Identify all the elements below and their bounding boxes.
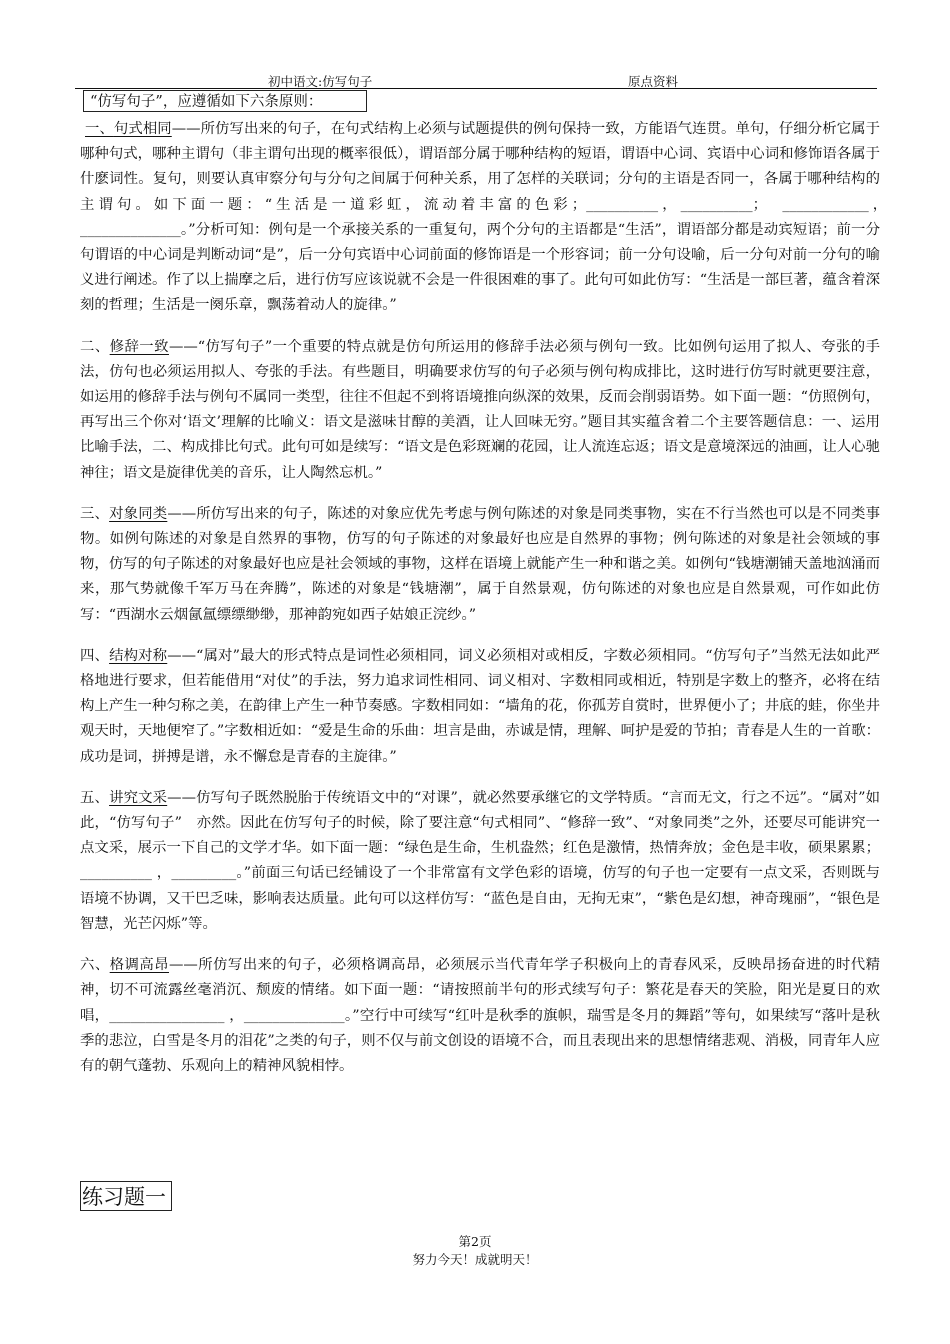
principle-paragraph-6: 六、格调高昂——所仿写出来的句子，必须格调高昂，必须展示当代青年学子积极向上的青… — [80, 953, 880, 1079]
exercise-heading-box: 练习题一 — [80, 1181, 172, 1211]
principle-text-6: ——所仿写出来的句子，必须格调高昂，必须展示当代青年学子积极向上的青春风采，反映… — [80, 957, 880, 1074]
intro-heading-box: “仿写句子”，应遵循如下六条原则： — [83, 90, 367, 112]
header-divider — [75, 88, 877, 89]
page-footer: 第2页 努力今天！成就明天！ — [0, 1233, 950, 1269]
principle-heading-4: 结构对称 — [109, 648, 167, 664]
principle-text-1: ——所仿写出来的句子，在句式结构上必须与试题提供的例句保持一致，方能语气连贯。单… — [80, 121, 894, 313]
principle-text-2: ——“仿写句子”一个重要的特点就是仿句所运用的修辞手法必须与例句一致。比如例句运… — [80, 339, 880, 481]
principle-heading-6: 格调高昂 — [110, 957, 169, 973]
footer-motto: 努力今天！成就明天！ — [0, 1251, 950, 1269]
principle-text-5: ——仿写句子既然脱胎于传统语文中的“对课”，就必然要承继它的文学特质。“言而无文… — [80, 790, 880, 932]
page-header: 初中语文:仿写句子 原点资料 — [75, 72, 877, 88]
principle-paragraph-4: 四、结构对称——“属对”最大的形式特点是词性必须相同，词义必须相对或相反，字数必… — [80, 644, 880, 770]
principle-paragraph-3: 三、对象同类——所仿写出来的句子，陈述的对象应优先考虑与例句陈述的对象是同类事物… — [80, 502, 880, 628]
principle-paragraph-1: 一、句式相同——所仿写出来的句子，在句式结构上必须与试题提供的例句保持一致，方能… — [80, 117, 880, 319]
document-body: 一、句式相同——所仿写出来的句子，在句式结构上必须与试题提供的例句保持一致，方能… — [80, 117, 880, 1095]
principle-paragraph-2: 二、修辞一致——“仿写句子”一个重要的特点就是仿句所运用的修辞手法必须与例句一致… — [80, 335, 880, 486]
principle-paragraph-5: 五、讲究文采——仿写句子既然脱胎于传统语文中的“对课”，就必然要承继它的文学特质… — [80, 786, 880, 937]
principle-heading-5: 讲究文采 — [109, 790, 167, 806]
principle-text-4: ——“属对”最大的形式特点是词性必须相同，词义必须相对或相反，字数必须相同。“仿… — [80, 648, 880, 765]
principle-heading-2: 修辞一致 — [110, 339, 169, 355]
principle-text-3: ——所仿写出来的句子，陈述的对象应优先考虑与例句陈述的对象是同类事物，实在不行当… — [80, 506, 880, 623]
page-number: 第2页 — [0, 1233, 950, 1251]
principle-heading-3: 对象同类 — [109, 506, 167, 522]
principle-heading-1: 一、句式相同 — [85, 121, 172, 137]
